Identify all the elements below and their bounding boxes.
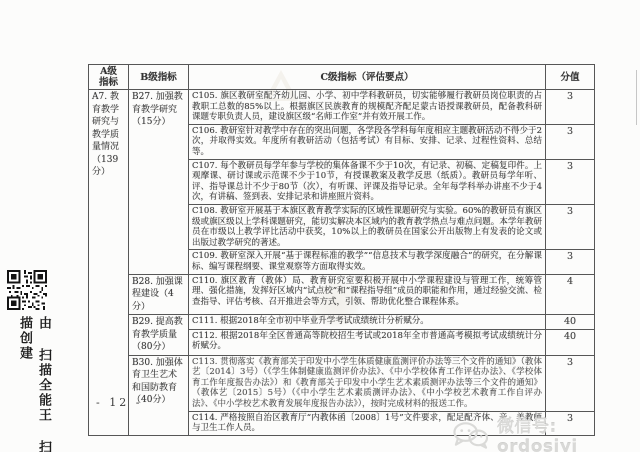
- c-indicator-c108: C108. 教研室开展基于本旗区教育教学实际的区域性课题研究与实验。60%的教研…: [189, 204, 546, 249]
- qr-code: [7, 270, 47, 310]
- wechat-icon: [452, 421, 489, 449]
- c-indicator-c112: C112. 根据2018年全区普通高等院校招生考试或2018年全市普通高考模拟考…: [189, 329, 546, 355]
- page-number: - 12 -: [96, 396, 142, 409]
- score-c111: 40: [546, 315, 595, 330]
- score-c107: 3: [546, 159, 595, 204]
- score-c108: 3: [546, 204, 595, 249]
- score-c105: 3: [546, 90, 595, 125]
- scan-artifact-line: [636, 70, 637, 125]
- header-score: 分值: [546, 65, 595, 90]
- wechat-id-watermark: 微信号: ordosjyj: [497, 412, 640, 452]
- c-indicator-c110: C110. 旗区教育（教体）局、教育研究室要积极开展中小学课程建设与管理工作，统…: [189, 274, 546, 315]
- c-indicator-c105: C105. 旗区教研室配齐幼儿园、小学、初中学科教研员，切实能够履行教研员岗位职…: [189, 90, 546, 125]
- evaluation-table: A级 指标 B级指标 C级指标（评估要点） 分值 A7. 教育教学研究与教学质量…: [88, 64, 595, 436]
- wechat-watermark: 微信号: ordosjyj: [452, 412, 640, 452]
- score-c109: 3: [546, 250, 595, 274]
- c-indicator-c107: C107. 每个教研员每学年参与学校的集体备课不少于10次，有记录、初稿、定稿复…: [189, 159, 546, 204]
- score-c106: 3: [546, 124, 595, 159]
- score-c112: 40: [546, 329, 595, 355]
- score-c113: 3: [546, 355, 595, 411]
- b-indicator-b28: B28. 加强课程建设（4分）: [129, 274, 189, 315]
- scanned-document-page: A级 指标 B级指标 C级指标（评估要点） 分值 A7. 教育教学研究与教学质量…: [0, 0, 640, 452]
- c-indicator-c111: C111. 根据2018年全市初中毕业升学考试成绩统计分析赋分。: [189, 315, 546, 330]
- scanner-caption: 由 扫描全能王 扫描创建: [15, 316, 53, 452]
- header-a-indicator: A级 指标: [89, 65, 129, 90]
- c-indicator-c113: C113. 贯彻落实《教育部关于印发中小学生体质健康监测评价办法等三个文件的通知…: [189, 355, 546, 411]
- c-indicator-c106: C106. 教研室针对教学中存在的突出问题，各学段各学科每年度相应主题教研活动不…: [189, 124, 546, 159]
- c-indicator-c109: C109. 教研室深入开展“基于课程标准的教学”“信息技术与教学深度融合”的研究…: [189, 250, 546, 274]
- b-indicator-b27: B27. 加强教育教学研究（15分）: [129, 90, 189, 275]
- a-indicator-cell: A7. 教育教学研究与教学质量情况（139分）: [89, 90, 129, 436]
- b-indicator-b29: B29. 提高教育教学质量（80分）: [129, 315, 189, 356]
- score-c110: 4: [546, 274, 595, 315]
- header-c-indicator: C级指标（评估要点）: [189, 65, 546, 90]
- header-b-indicator: B级指标: [129, 65, 189, 90]
